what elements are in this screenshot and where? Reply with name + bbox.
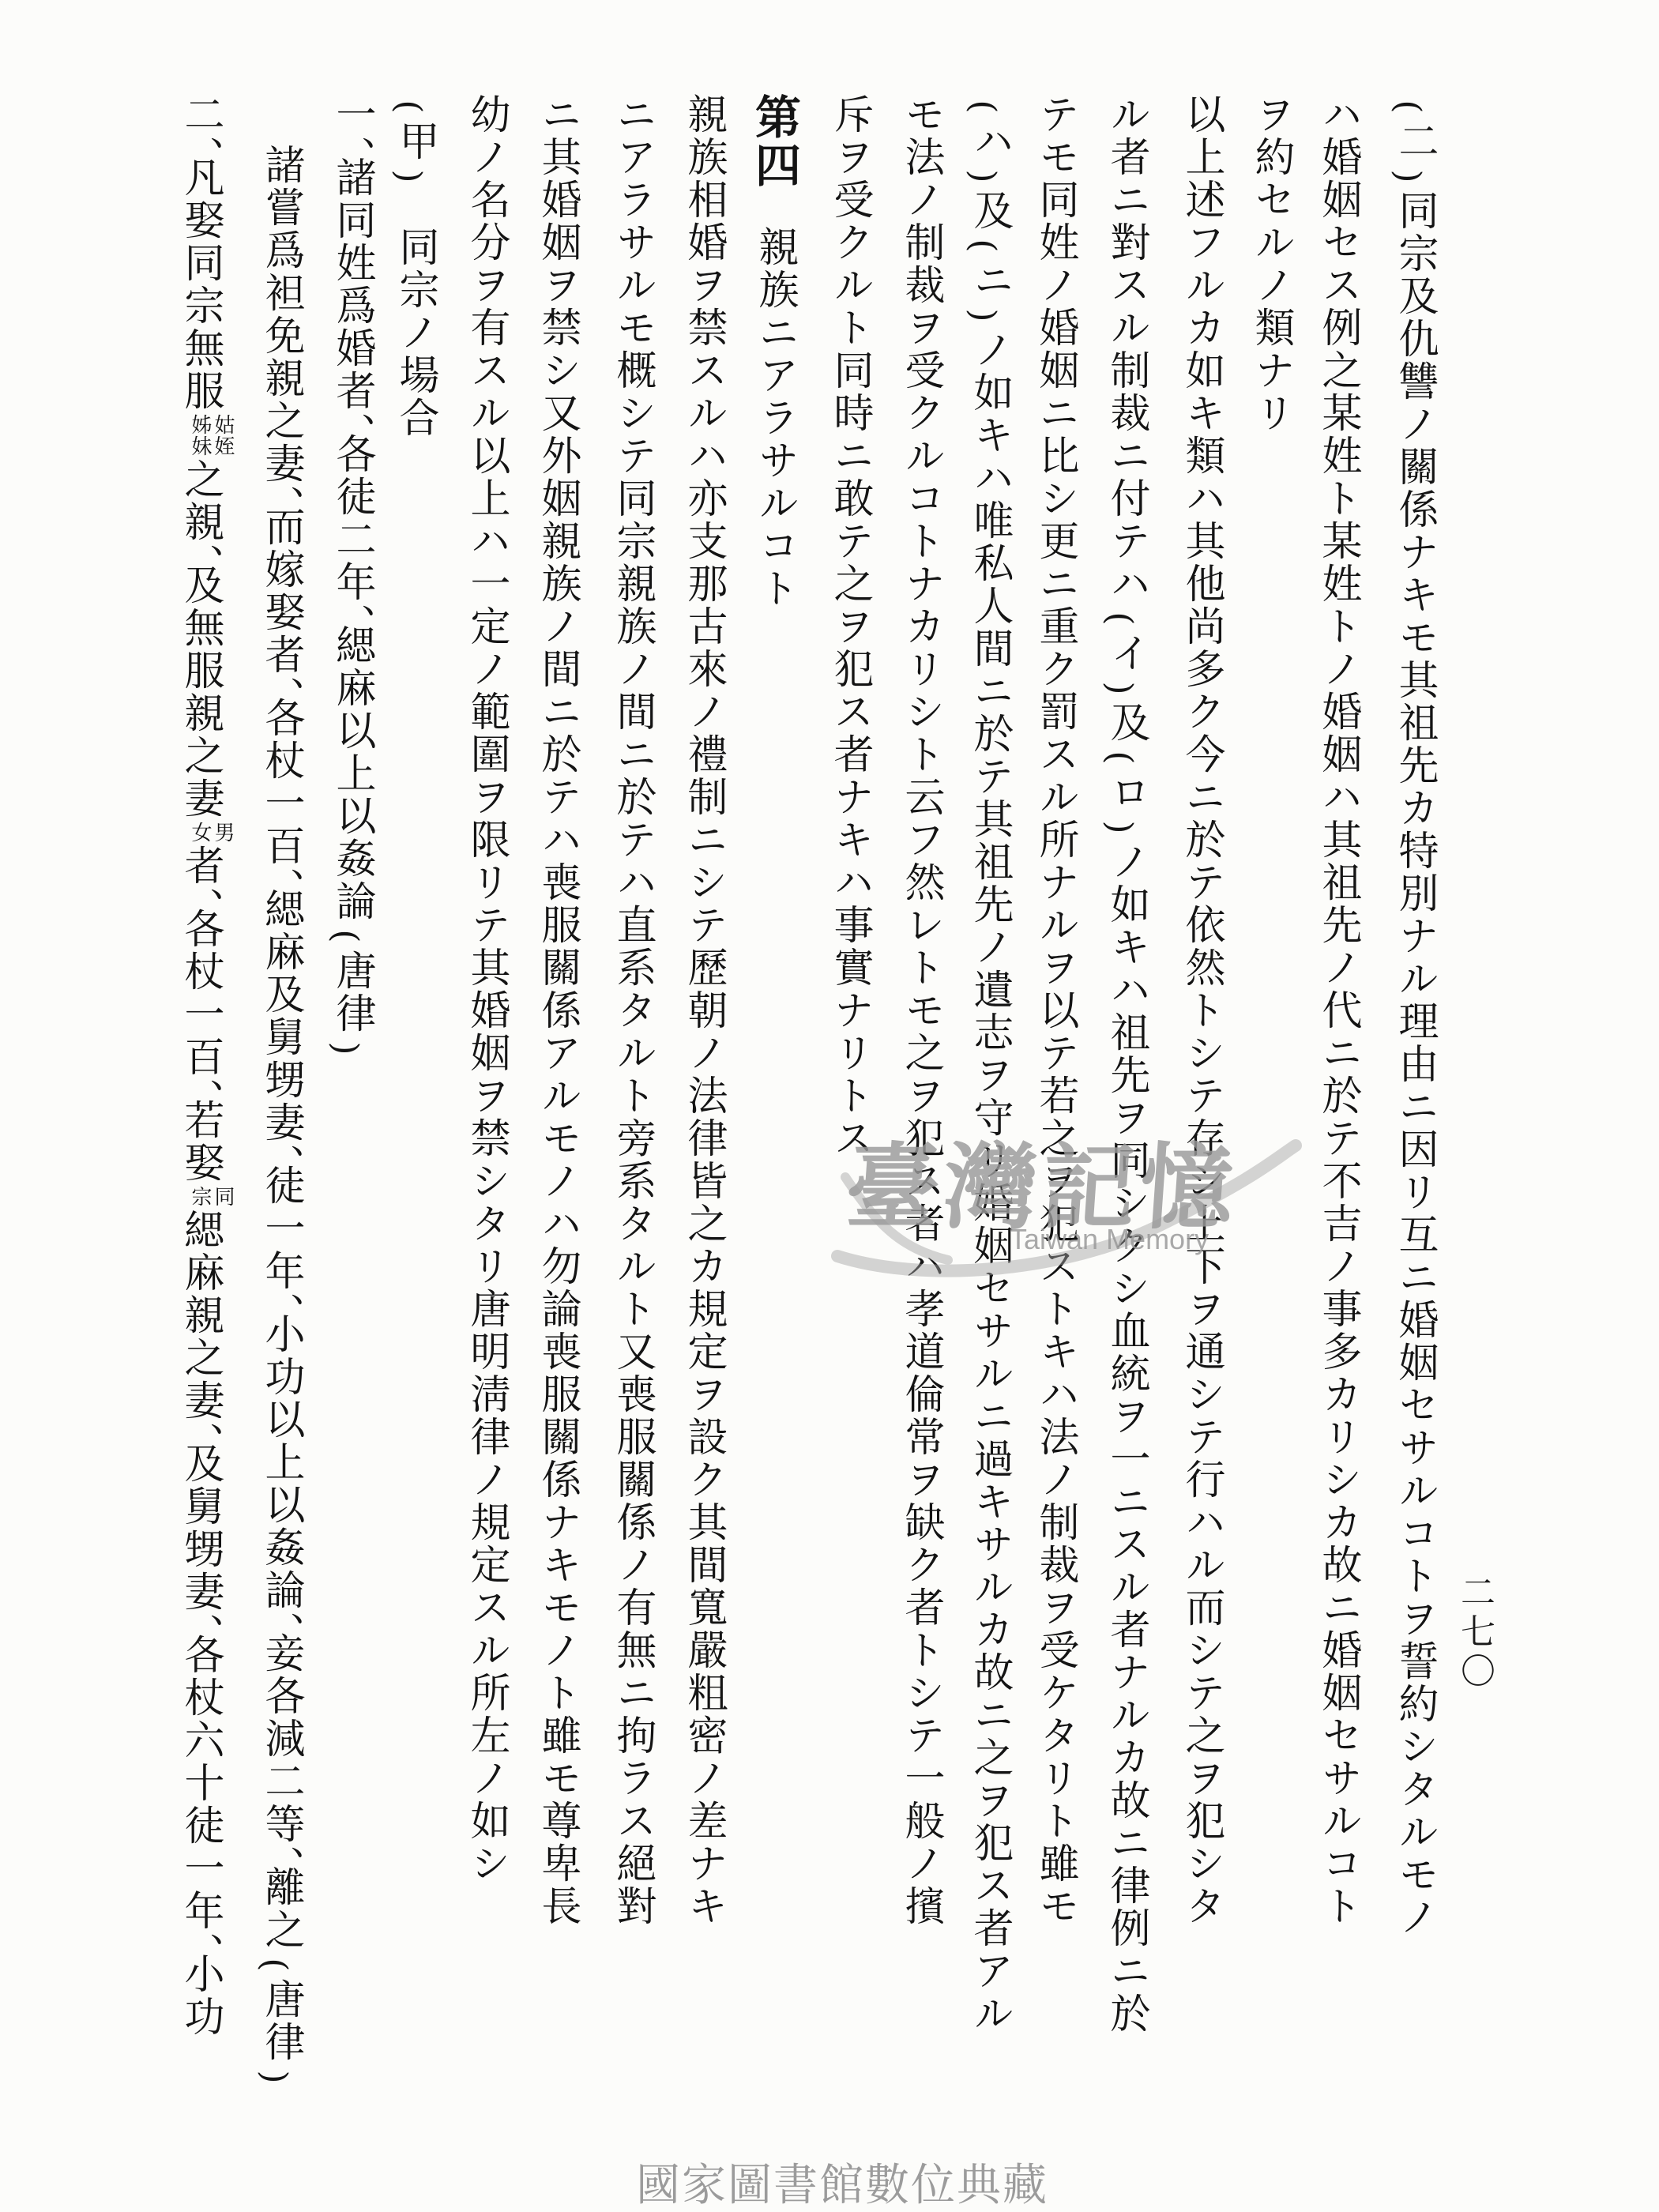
section-number: 第四 [747,93,801,190]
vertical-parenthesis: ( [976,232,1003,259]
vertical-parenthesis: ( [1401,93,1428,120]
col-16: 一、諸同姓爲婚者、各徒二年、緦麻以上以姦論(唐律) [325,93,376,1062]
annotation-right-line: 姑姪 [211,414,234,457]
ideographic-comma: 、 [270,1845,291,1866]
col-12: ニアラサルモ概シテ同宗親族ノ間ニ於テハ直系タルト旁系タルト又喪服關係ノ有無ニ拘ラ… [606,93,656,1928]
inline-small-annotation: 男女 [188,822,234,843]
ideographic-comma: 、 [190,887,210,908]
ideographic-comma: 、 [270,485,291,506]
col-05: ル者ニ對スル制裁ニ付テハ(イ)及(ロ)ノ如キハ祖先ヲ同シクシ血統ヲ一ニスル者ナル… [1100,93,1150,2035]
ideographic-comma: 、 [270,1144,291,1164]
vertical-parenthesis: ) [338,1035,365,1062]
col-07: (ハ)及(ニ)ノ如キハ唯私人間ニ於テ其祖先ノ遺志ヲ守リ婚姻セサルニ過キサルカ故ニ… [963,93,1014,2035]
col-14: 幼ノ名分ヲ有スル以上ハ一定ノ範圍ヲ限リテ其婚姻ヲ禁シタリ唐明淸律ノ規定スル所左ノ… [460,93,510,1885]
vertical-parenthesis: ( [338,923,365,950]
inline-small-annotation: 姑姪姊妹 [188,414,234,457]
col-13: ニ其婚姻ヲ禁シ又外姻親族ノ間ニ於テハ喪服關係アルモノハ勿論喪服關係ナキモノト雖モ… [531,93,581,1928]
annotation-right-line: 同 [211,1186,234,1207]
col-17: 諸嘗爲袒免親之妻、而嫁娶者、各杖一百、緦麻及舅甥妻、徒一年、小功以上以姦論、妾各… [254,144,305,2090]
ideographic-comma: 、 [270,1612,291,1632]
inline-small-annotation: 同宗 [188,1186,234,1207]
col-15: (甲)同宗ノ場合 [389,93,439,439]
annotation-left-line: 姊妹 [188,414,211,457]
ideographic-comma: 、 [270,867,291,888]
ideographic-comma: 、 [341,604,362,624]
ideographic-comma: 、 [341,136,362,156]
vertical-parenthesis: ( [976,93,1003,120]
vertical-parenthesis: ) [1112,675,1139,702]
vertical-parenthesis: ) [401,163,428,190]
ideographic-comma: 、 [190,544,210,564]
col-03: ヲ約セルノ類ナリ [1244,93,1295,434]
vertical-parenthesis: ) [976,302,1003,329]
ideographic-comma: 、 [341,412,362,433]
ideographic-comma: 、 [270,676,291,697]
col-08: モ法ノ制裁ヲ受クルコトナカリシト云フ然レトモ之ヲ犯ス者ハ孝道倫常ヲ缺ク者トシテ一… [894,93,945,1928]
col-06: テモ同姓ノ婚姻ニ比シ更ニ重ク罰スル所ナルヲ以テ若之ヲ犯ストキハ法ノ制裁ヲ受ケタリ… [1029,93,1079,1928]
ideographic-comma: 、 [190,1422,210,1443]
ideographic-comma: 、 [190,1613,210,1634]
watermark-swoosh [829,1130,1303,1288]
page-number: 二七〇 [1449,1574,1499,1692]
library-footer-text: 國家圖書館數位典藏 [636,2150,1048,2212]
col-10-heading: 第四親族ニアラサルコト [748,93,799,610]
vertical-parenthesis: ( [267,1951,294,1978]
col-18: 二、凡娶同宗無服姑姪姊妹之親、及無服親之妻男女者、各杖一百、若娶同宗緦麻親之妻、… [183,93,234,2038]
vertical-parenthesis: ) [1401,163,1428,190]
vertical-parenthesis: ( [1112,605,1139,632]
vertical-parenthesis: ( [401,93,428,120]
ideographic-comma: 、 [190,1932,210,1953]
col-09: 斥ヲ受クルト同時ニ敢テ之ヲ犯ス者ナキハ事實ナリトス [823,93,874,1160]
vertical-parenthesis: ( [1112,744,1139,771]
col-04: 以上述フルカ如キ類ハ其他尚多ク今ニ於テ依然トシテ存シ上下ヲ通シテ行ハル而シテ之ヲ… [1175,93,1225,1928]
col-01: (二)同宗及仇讐ノ關係ナキモ其祖先カ特別ナル理由ニ因リ互ニ婚姻セサルコトヲ誓約シ… [1388,93,1439,1939]
annotation-left-line: 女 [188,822,211,843]
col-11: 親族相婚ヲ禁スルハ亦支那古來ノ禮制ニシテ歷朝ノ法律皆之カ規定ヲ設ク其間寬嚴粗密ノ… [677,93,728,1928]
annotation-left-line: 宗 [188,1186,211,1207]
ideographic-comma: 、 [190,136,210,156]
col-02: ハ婚姻セス例之某姓ト某姓トノ婚姻ハ其祖先ノ代ニ於テ不吉ノ事多カリシカ故ニ婚姻セサ… [1311,93,1362,1928]
annotation-right-line: 男 [211,822,234,843]
vertical-parenthesis: ) [976,163,1003,190]
ideographic-comma: 、 [270,1292,291,1313]
scanned-document-page: (二)同宗及仇讐ノ關係ナキモ其祖先カ特別ナル理由ニ因リ互ニ婚姻セサルコトヲ誓約シ… [0,0,1659,2212]
ideographic-comma: 、 [190,1078,210,1099]
vertical-parenthesis: ) [267,2063,294,2090]
vertical-parenthesis: ) [1112,814,1139,841]
